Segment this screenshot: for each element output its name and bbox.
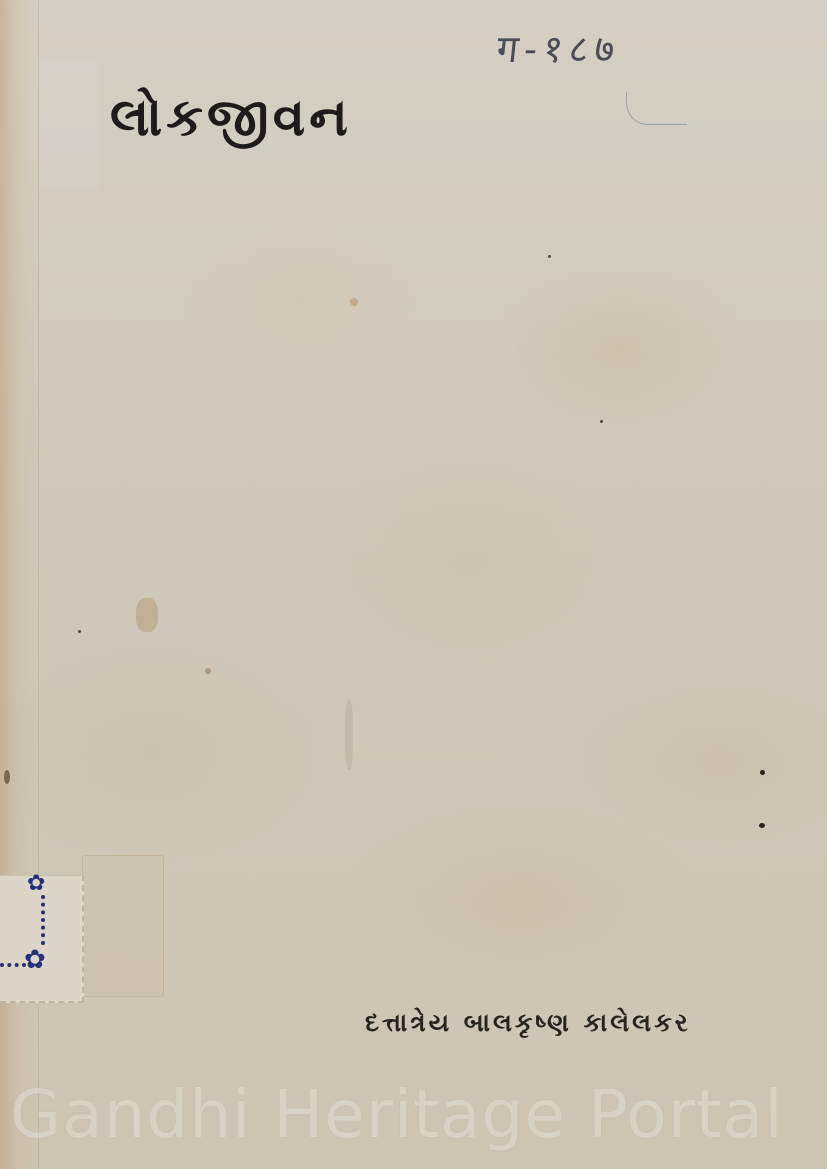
faded-patch — [40, 60, 100, 190]
watermark: Gandhi Heritage Portal — [10, 1082, 820, 1148]
flower-ornament-icon: ✿ — [27, 873, 45, 895]
stamp-ghost — [82, 855, 164, 997]
flower-ornament-icon: ✿ — [24, 947, 46, 973]
label-dotted-border-horizontal — [0, 963, 26, 967]
speck — [548, 255, 551, 258]
pencil-mark — [626, 92, 687, 125]
speck — [759, 823, 765, 828]
speck — [78, 630, 81, 633]
book-cover: ग-१८७ લોકજીવન ✿ ✿ દત્તાત્રેય બાલકૃષ્ણ કા… — [0, 0, 827, 1169]
speck — [600, 420, 603, 423]
author-name: દત્તાત્રેય બાલકૃષ્ણ કાલેલકર — [365, 1010, 691, 1035]
stain — [345, 700, 353, 770]
stain — [136, 598, 158, 632]
speck — [4, 770, 10, 784]
catalog-number-handwritten: ग-१८७ — [495, 30, 623, 68]
label-dotted-border-vertical — [41, 895, 45, 945]
speck — [205, 668, 211, 674]
book-title: લોકજીવન — [110, 92, 352, 144]
speck — [350, 298, 358, 306]
speck — [760, 770, 765, 775]
